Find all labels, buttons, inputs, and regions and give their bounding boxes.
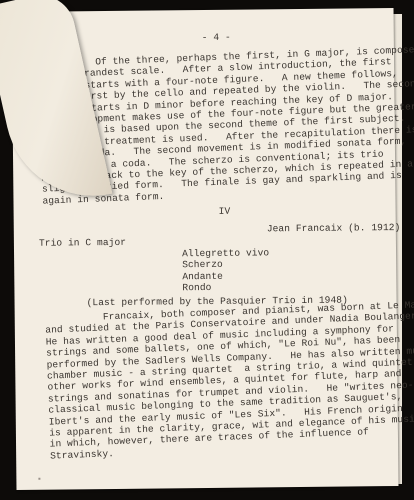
section-numeral: IV [219, 206, 231, 218]
movement-item: Rondo [182, 282, 211, 294]
page-number: - 4 - [202, 32, 231, 44]
text-line: Stravinsky. [50, 448, 114, 462]
typed-page: - 4 - Of the three, perhaps the first, i… [12, 8, 399, 490]
movement-item: Scherzo [182, 259, 223, 271]
movement-item: Allegretto vivo [182, 247, 269, 259]
work-title: Trio in C major [39, 237, 126, 249]
movement-item: Andante [182, 271, 223, 283]
paragraph-program-notes-2: Francaix, both composer and pianist, was… [45, 312, 86, 484]
composer-name: Jean Francaix (b. 1912) [267, 222, 401, 235]
paper-speck [38, 478, 40, 480]
